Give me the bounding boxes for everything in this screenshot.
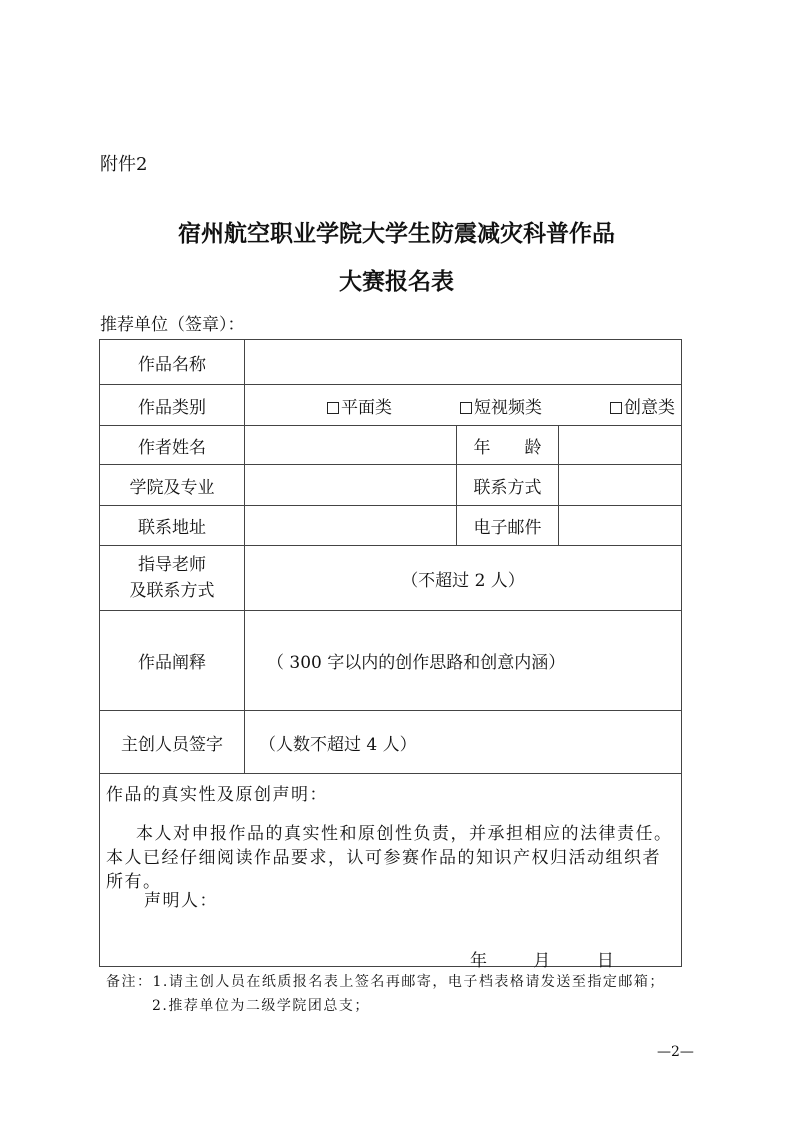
age-label: 年 龄 bbox=[457, 426, 559, 465]
row-work-name: 作品名称 bbox=[100, 340, 682, 385]
age-field[interactable] bbox=[559, 426, 682, 465]
email-field[interactable] bbox=[559, 506, 682, 546]
recommend-unit-label: 推荐单位（签章）： bbox=[100, 310, 245, 335]
description-field[interactable]: （ 300 字以内的创作思路和创意内涵） bbox=[245, 611, 682, 711]
declaration-date: 年 月 日 bbox=[470, 946, 653, 971]
row-college: 学院及专业 联系方式 bbox=[100, 465, 682, 506]
row-signature: 主创人员签字 （人数不超过 4 人） bbox=[100, 711, 682, 774]
date-year-label: 年 bbox=[470, 951, 489, 971]
author-name-field[interactable] bbox=[245, 426, 457, 465]
contact-label: 联系方式 bbox=[457, 465, 559, 506]
registration-form-table: 作品名称 作品类别 平面类 短视频类 创意类 作者姓名 年 龄 学院及专业 联系… bbox=[99, 339, 682, 967]
work-category-options: 平面类 短视频类 创意类 bbox=[245, 385, 682, 426]
college-major-label: 学院及专业 bbox=[100, 465, 245, 506]
work-category-label: 作品类别 bbox=[100, 385, 245, 426]
author-name-label: 作者姓名 bbox=[100, 426, 245, 465]
form-title-line2: 大赛报名表 bbox=[0, 263, 793, 296]
address-label: 联系地址 bbox=[100, 506, 245, 546]
advisor-label: 指导老师 及联系方式 bbox=[100, 546, 245, 611]
checkbox-icon[interactable] bbox=[327, 402, 339, 414]
signature-field[interactable]: （人数不超过 4 人） bbox=[245, 711, 682, 774]
checkbox-icon[interactable] bbox=[610, 402, 622, 414]
college-major-field[interactable] bbox=[245, 465, 457, 506]
description-label: 作品阐释 bbox=[100, 611, 245, 711]
advisor-field[interactable]: （不超过 2 人） bbox=[245, 546, 682, 611]
signature-label: 主创人员签字 bbox=[100, 711, 245, 774]
note-line-1: 备注：1.请主创人员在纸质报名表上签名再邮寄，电子档表格请发送至指定邮箱； bbox=[106, 970, 665, 994]
row-advisor: 指导老师 及联系方式 （不超过 2 人） bbox=[100, 546, 682, 611]
work-name-label: 作品名称 bbox=[100, 340, 245, 385]
form-title-line1: 宿州航空职业学院大学生防震减灾科普作品 bbox=[0, 215, 793, 248]
category-option-creative[interactable]: 创意类 bbox=[610, 393, 675, 418]
note-line-2: 2.推荐单位为二级学院团总支； bbox=[106, 994, 665, 1018]
declarant-label: 声明人： bbox=[144, 886, 218, 911]
attachment-label: 附件2 bbox=[100, 150, 147, 176]
work-name-field[interactable] bbox=[245, 340, 682, 385]
category-option-short-video[interactable]: 短视频类 bbox=[460, 393, 542, 418]
declaration-heading: 作品的真实性及原创声明： bbox=[106, 780, 328, 805]
row-description: 作品阐释 （ 300 字以内的创作思路和创意内涵） bbox=[100, 611, 682, 711]
row-declaration: 作品的真实性及原创声明： 本人对申报作品的真实性和原创性负责，并承担相应的法律责… bbox=[100, 774, 682, 967]
date-month-label: 月 bbox=[533, 951, 552, 971]
row-author: 作者姓名 年 龄 bbox=[100, 426, 682, 465]
notes: 备注：1.请主创人员在纸质报名表上签名再邮寄，电子档表格请发送至指定邮箱； 2.… bbox=[106, 970, 665, 1018]
email-label: 电子邮件 bbox=[457, 506, 559, 546]
declaration-block: 作品的真实性及原创声明： 本人对申报作品的真实性和原创性负责，并承担相应的法律责… bbox=[100, 774, 682, 967]
page-number: —2— bbox=[657, 1044, 694, 1060]
checkbox-icon[interactable] bbox=[460, 402, 472, 414]
date-day-label: 日 bbox=[597, 951, 616, 971]
category-option-graphic[interactable]: 平面类 bbox=[327, 393, 392, 418]
row-work-category: 作品类别 平面类 短视频类 创意类 bbox=[100, 385, 682, 426]
contact-field[interactable] bbox=[559, 465, 682, 506]
row-address: 联系地址 电子邮件 bbox=[100, 506, 682, 546]
address-field[interactable] bbox=[245, 506, 457, 546]
declaration-body: 本人对申报作品的真实性和原创性负责，并承担相应的法律责任。本人已经仔细阅读作品要… bbox=[106, 822, 675, 894]
